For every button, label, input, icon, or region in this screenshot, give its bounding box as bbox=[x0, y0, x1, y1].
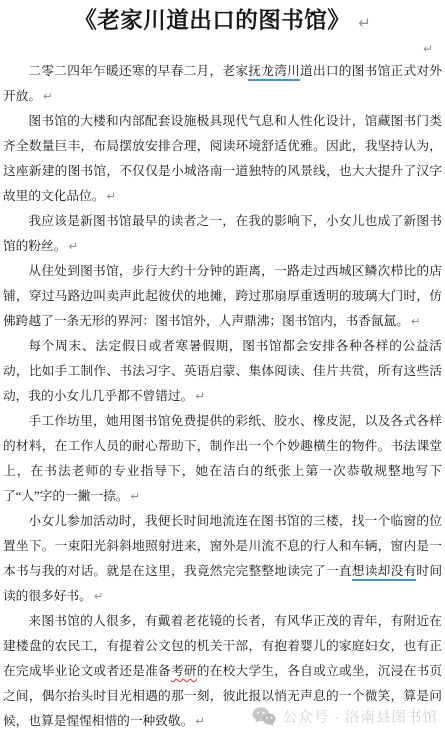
paragraph: 每个周末、法定假日或者寒暑假期，图书馆都会安排各种各样的公益活动，比如手工制作、… bbox=[3, 334, 442, 409]
paragraph: 二零二四年乍暖还寒的早春二月，老家抚龙湾川道出口的图书馆正式对外开放。↵ bbox=[3, 59, 442, 109]
spellcheck-underlined-text: 考研 bbox=[171, 664, 197, 678]
paragraph-mark-icon: ↵ bbox=[43, 89, 53, 103]
paragraph-text: 每个周末、法定假日或者寒暑假期，图书馆都会安排各种各样的公益活动，比如手工制作、… bbox=[3, 339, 442, 403]
paragraph-text: 图书馆的大楼和内部配套设施极具现代气息和人性化设计，馆藏图书门类齐全数量巨丰，布… bbox=[3, 114, 442, 203]
paragraph-text: 从住处到图书馆，步行大约十分钟的距离，一路走过西城区鳞次栉比的店铺，穿过马路边叫… bbox=[3, 264, 442, 328]
paragraph-mark-icon: ↵ bbox=[195, 389, 205, 403]
paragraph: 图书馆的大楼和内部配套设施极具现代气息和人性化设计，馆藏图书门类齐全数量巨丰，布… bbox=[3, 109, 442, 209]
empty-paragraph: ↵ bbox=[0, 39, 445, 59]
watermark-text: 公众号 · 洛南县图书馆 bbox=[283, 706, 438, 727]
document-title: 《老家川道出口的图书馆》 bbox=[74, 8, 350, 33]
paragraph-mark-icon: ↵ bbox=[68, 239, 78, 253]
paragraph-mark-icon: ↵ bbox=[358, 14, 371, 32]
title-line: 《老家川道出口的图书馆》↵ bbox=[0, 6, 445, 39]
paragraph-mark-icon: ↵ bbox=[195, 714, 205, 728]
grammar-check-underlined-text: 抚龙湾川 bbox=[248, 64, 300, 81]
wechat-icon bbox=[252, 707, 276, 726]
paragraph-mark-icon: ↵ bbox=[130, 489, 140, 503]
paragraph-mark-icon: ↵ bbox=[411, 314, 421, 328]
paragraph: 我应该是新图书馆最早的读者之一，在我的影响下，小女儿也成了新图书馆的粉丝。↵ bbox=[3, 209, 442, 259]
paragraph: 从住处到图书馆，步行大约十分钟的距离，一路走过西城区鳞次栉比的店铺，穿过马路边叫… bbox=[3, 259, 442, 334]
document-body: 二零二四年乍暖还寒的早春二月，老家抚龙湾川道出口的图书馆正式对外开放。↵图书馆的… bbox=[0, 59, 445, 734]
paragraph: 手工作坊里，她用图书馆免费提供的彩纸、胶水、橡皮泥，以及各式各样的材料，在工作人… bbox=[3, 409, 442, 509]
paragraph-text: 二零二四年乍暖还寒的早春二月，老家 bbox=[28, 64, 248, 78]
watermark: 公众号 · 洛南县图书馆 bbox=[252, 706, 438, 727]
paragraph-mark-icon: ↵ bbox=[94, 589, 104, 603]
paragraph-mark-icon: ↵ bbox=[423, 42, 433, 56]
paragraph: 小女儿参加活动时，我便长时间地流连在图书馆的三楼，找一个临窗的位置坐下。一束阳光… bbox=[3, 509, 442, 609]
grammar-check-underlined-text: 想读却没有 bbox=[352, 564, 417, 581]
paragraph-mark-icon: ↵ bbox=[107, 189, 117, 203]
paragraph-text: 手工作坊里，她用图书馆免费提供的彩纸、胶水、橡皮泥，以及各式各样的材料，在工作人… bbox=[3, 414, 442, 503]
document-page: 《老家川道出口的图书馆》↵ ↵ 二零二四年乍暖还寒的早春二月，老家抚龙湾川道出口… bbox=[0, 0, 445, 740]
